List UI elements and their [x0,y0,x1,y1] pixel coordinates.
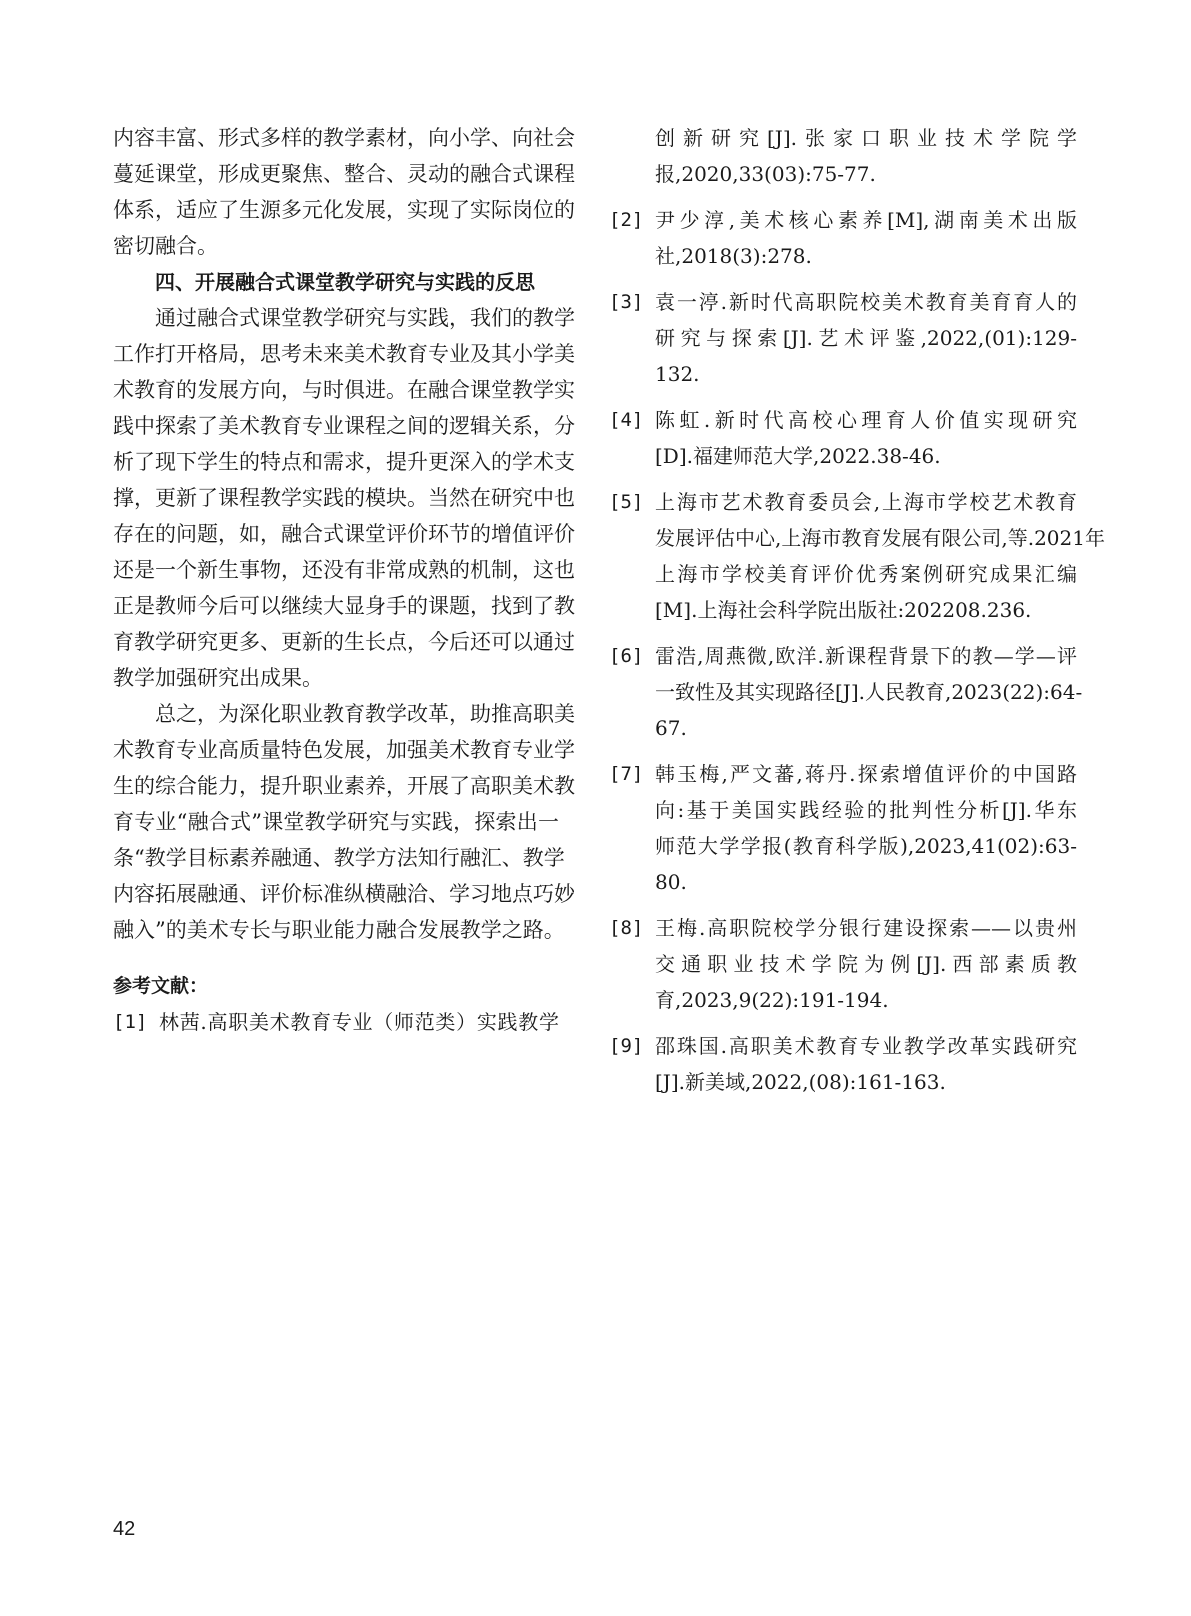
reference-number: [6] [609,638,643,674]
paragraph-summary: 总之，为深化职业教育教学改革，助推高职美 术教育专业高质量特色发展，加强美术教育… [113,696,559,948]
text-line: 还是一个新生事物，还没有非常成熟的机制，这也 [113,552,559,588]
reference-number: [2] [609,202,643,238]
text-line: 育专业“融合式”课堂教学研究与实践，探索出一 [113,804,559,840]
reference-number: [7] [609,756,643,792]
reference-number: [4] [609,402,643,438]
reference-line: 雷浩,周燕微,欧洋.新课程背景下的教—学—评 [655,638,1077,674]
reference-item: [4] 陈虹.新时代高校心理育人价值实现研究 [D].福建师范大学,2022.3… [609,402,1077,474]
reference-line: 一致性及其实现路径[J].人民教育,2023(22):64- [655,674,1077,710]
text-line: 术教育的发展方向，与时俱进。在融合课堂教学实 [113,372,559,408]
text-line: 总之，为深化职业教育教学改革，助推高职美 [113,696,559,732]
text-line: 条“教学目标素养融通、教学方法知行融汇、教学 [113,840,559,876]
reference-line: 袁一渟.新时代高职院校美术教育美育育人的 [655,284,1077,320]
text-line: 教学加强研究出成果。 [113,660,559,696]
reference-line: 尹少淳,美术核心素养[M],湖南美术出版 [655,202,1077,238]
left-column: 内容丰富、形式多样的教学素材，向小学、向社会 蔓延课堂，形成更聚焦、整合、灵动的… [113,120,559,1040]
reference-line: 林茜.高职美术教育专业（师范类）实践教学 [159,1004,559,1040]
reference-line: 研究与探索[J].艺术评鉴,2022,(01):129- [655,320,1077,356]
reference-line: 报,2020,33(03):75-77. [655,156,1077,192]
paragraph-reflection: 通过融合式课堂教学研究与实践，我们的教学 工作打开格局，思考未来美术教育专业及其… [113,300,559,696]
reference-continuation: 创新研究[J].张家口职业技术学院学 报,2020,33(03):75-77. [609,120,1077,192]
reference-item: [5] 上海市艺术教育委员会,上海市学校艺术教育 发展评估中心,上海市教育发展有… [609,484,1077,628]
reference-line: 发展评估中心,上海市教育发展有限公司,等.2021年 [655,520,1077,556]
text-line: 工作打开格局，思考未来美术教育专业及其小学美 [113,336,559,372]
reference-line: 王梅.高职院校学分银行建设探索——以贵州 [655,910,1077,946]
page-number: 42 [113,1518,135,1541]
reference-line: [M].上海社会科学院出版社:202208.236. [655,592,1077,628]
text-line: 通过融合式课堂教学研究与实践，我们的教学 [113,300,559,336]
reference-line: [J].新美域,2022,(08):161-163. [655,1064,1077,1100]
text-line: 析了现下学生的特点和需求，提升更深入的学术支 [113,444,559,480]
reference-line: 80. [655,864,1077,900]
reference-item: [9] 邵珠国.高职美术教育专业教学改革实践研究 [J].新美域,2022,(0… [609,1028,1077,1100]
reference-line: 交通职业技术学院为例[J].西部素质教 [655,946,1077,982]
text-line: 内容拓展融通、评价标准纵横融洽、学习地点巧妙 [113,876,559,912]
reference-line: [D].福建师范大学,2022.38-46. [655,438,1077,474]
reference-number: [9] [609,1028,643,1064]
reference-line: 育,2023,9(22):191-194. [655,982,1077,1018]
reference-item: [6] 雷浩,周燕微,欧洋.新课程背景下的教—学—评 一致性及其实现路径[J].… [609,638,1077,746]
reference-line: 向:基于美国实践经验的批判性分析[J].华东 [655,792,1077,828]
section-heading: 四、开展融合式课堂教学研究与实践的反思 [113,264,559,300]
reference-item: [3] 袁一渟.新时代高职院校美术教育美育育人的 研究与探索[J].艺术评鉴,2… [609,284,1077,392]
reference-line: 创新研究[J].张家口职业技术学院学 [655,120,1077,156]
reference-line: 上海市学校美育评价优秀案例研究成果汇编 [655,556,1077,592]
reference-line: 67. [655,710,1077,746]
text-line: 生的综合能力，提升职业素养，开展了高职美术教 [113,768,559,804]
reference-line: 上海市艺术教育委员会,上海市学校艺术教育 [655,484,1077,520]
text-line: 育教学研究更多、更新的生长点，今后还可以通过 [113,624,559,660]
reference-item: [7] 韩玉梅,严文蕃,蒋丹.探索增值评价的中国路 向:基于美国实践经验的批判性… [609,756,1077,900]
text-line: 融入”的美术专长与职业能力融合发展教学之路。 [113,912,559,948]
reference-line: 邵珠国.高职美术教育专业教学改革实践研究 [655,1028,1077,1064]
reference-line: 韩玉梅,严文蕃,蒋丹.探索增值评价的中国路 [655,756,1077,792]
reference-number: [1] [113,1004,147,1040]
text-line: 存在的问题，如，融合式课堂评价环节的增值评价 [113,516,559,552]
reference-number: [5] [609,484,643,520]
reference-item: [2] 尹少淳,美术核心素养[M],湖南美术出版 社,2018(3):278. [609,202,1077,274]
text-line: 密切融合。 [113,228,559,264]
reference-number: [3] [609,284,643,320]
text-line: 术教育专业高质量特色发展，加强美术教育专业学 [113,732,559,768]
reference-line: 社,2018(3):278. [655,238,1077,274]
paragraph-continuation: 内容丰富、形式多样的教学素材，向小学、向社会 蔓延课堂，形成更聚焦、整合、灵动的… [113,120,559,264]
reference-line: 师范大学学报(教育科学版),2023,41(02):63- [655,828,1077,864]
references-title: 参考文献： [113,968,559,1004]
reference-item: [1] 林茜.高职美术教育专业（师范类）实践教学 [113,1004,559,1040]
reference-line: 陈虹.新时代高校心理育人价值实现研究 [655,402,1077,438]
text-line: 内容丰富、形式多样的教学素材，向小学、向社会 [113,120,559,156]
text-line: 正是教师今后可以继续大显身手的课题，找到了教 [113,588,559,624]
reference-number: [8] [609,910,643,946]
reference-item: [8] 王梅.高职院校学分银行建设探索——以贵州 交通职业技术学院为例[J].西… [609,910,1077,1018]
right-column: 创新研究[J].张家口职业技术学院学 报,2020,33(03):75-77. … [609,120,1077,1100]
text-line: 蔓延课堂，形成更聚焦、整合、灵动的融合式课程 [113,156,559,192]
reference-line: 132. [655,356,1077,392]
text-line: 体系，适应了生源多元化发展，实现了实际岗位的 [113,192,559,228]
text-line: 撑，更新了课程教学实践的模块。当然在研究中也 [113,480,559,516]
text-line: 践中探索了美术教育专业课程之间的逻辑关系，分 [113,408,559,444]
